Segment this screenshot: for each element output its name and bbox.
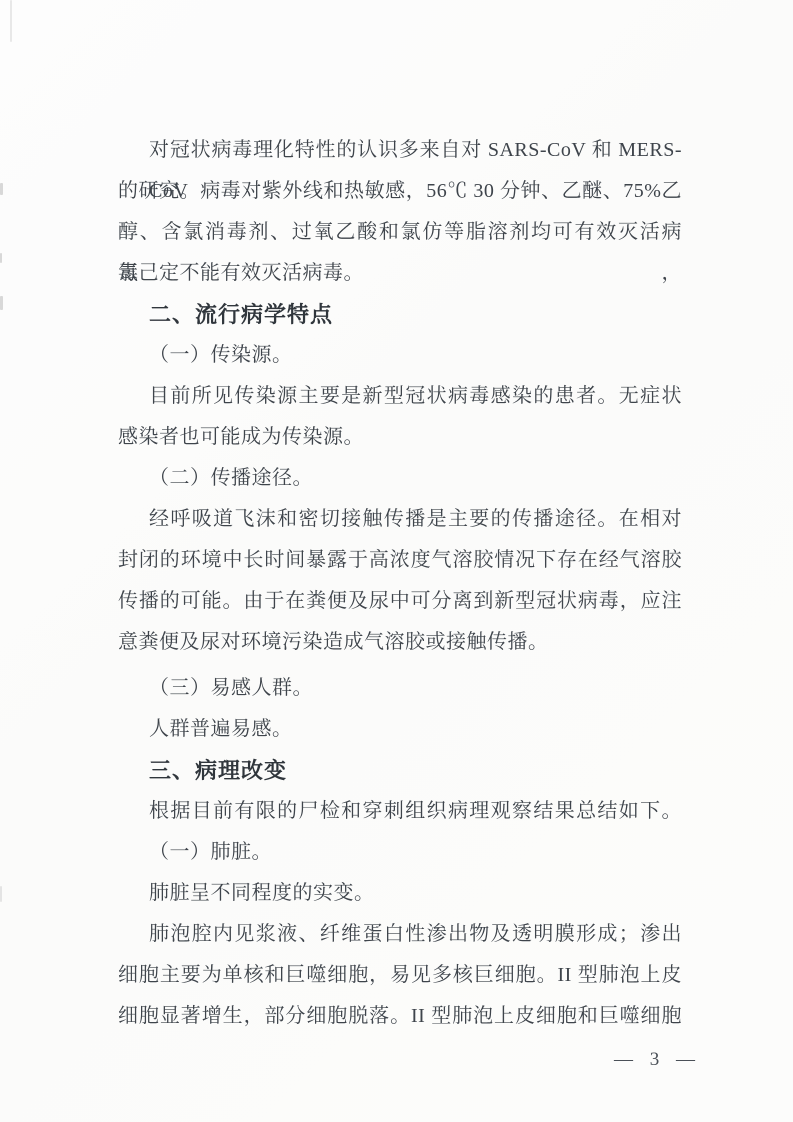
section-heading: 二、流行病学特点 bbox=[118, 294, 682, 335]
body-line: 根据目前有限的尸检和穿刺组织病理观察结果总结如下。 bbox=[118, 791, 682, 832]
page-number: — 3 — bbox=[610, 1042, 700, 1078]
body-line: 目前所见传染源主要是新型冠状病毒感染的患者。无症状 bbox=[118, 376, 682, 417]
scan-edge-artifact bbox=[0, 886, 2, 902]
section-heading: 三、病理改变 bbox=[118, 750, 682, 791]
subsection-heading: （三）易感人群。 bbox=[118, 668, 682, 709]
body-line: 醇、含氯消毒剂、过氧乙酸和氯仿等脂溶剂均可有效灭活病毒， bbox=[118, 212, 682, 253]
scan-edge-artifact bbox=[10, 0, 12, 42]
subsection-heading: （一）传染源。 bbox=[118, 335, 682, 376]
body-line: 肺泡腔内见浆液、纤维蛋白性渗出物及透明膜形成；渗出 bbox=[118, 914, 682, 955]
document-body: 对冠状病毒理化特性的认识多来自对 SARS-CoV 和 MERS-CoV 的研究… bbox=[118, 130, 682, 1037]
body-line: 肺脏呈不同程度的实变。 bbox=[118, 873, 682, 914]
body-line: 的研究。病毒对紫外线和热敏感，56℃ 30 分钟、乙醚、75%乙 bbox=[118, 171, 682, 212]
body-line: 人群普遍易感。 bbox=[118, 709, 682, 750]
subsection-heading: （一）肺脏。 bbox=[118, 832, 682, 873]
body-line: 经呼吸道飞沫和密切接触传播是主要的传播途径。在相对 bbox=[118, 499, 682, 540]
scanned-document-page: 对冠状病毒理化特性的认识多来自对 SARS-CoV 和 MERS-CoV 的研究… bbox=[0, 0, 793, 1122]
subsection-heading: （二）传播途径。 bbox=[118, 458, 682, 499]
body-line: 封闭的环境中长时间暴露于高浓度气溶胶情况下存在经气溶胶 bbox=[118, 540, 682, 581]
body-line: 细胞主要为单核和巨噬细胞，易见多核巨细胞。II 型肺泡上皮 bbox=[118, 955, 682, 996]
body-line: 感染者也可能成为传染源。 bbox=[118, 417, 682, 458]
scan-edge-artifact bbox=[0, 253, 2, 263]
body-line: 对冠状病毒理化特性的认识多来自对 SARS-CoV 和 MERS-CoV bbox=[118, 130, 682, 171]
scan-edge-artifact bbox=[0, 296, 3, 310]
scan-edge-artifact bbox=[0, 183, 3, 195]
body-line: 传播的可能。由于在粪便及尿中可分离到新型冠状病毒，应注 bbox=[118, 581, 682, 622]
body-line: 细胞显著增生，部分细胞脱落。II 型肺泡上皮细胞和巨噬细胞 bbox=[118, 996, 682, 1037]
body-line: 意粪便及尿对环境污染造成气溶胶或接触传播。 bbox=[118, 622, 682, 663]
